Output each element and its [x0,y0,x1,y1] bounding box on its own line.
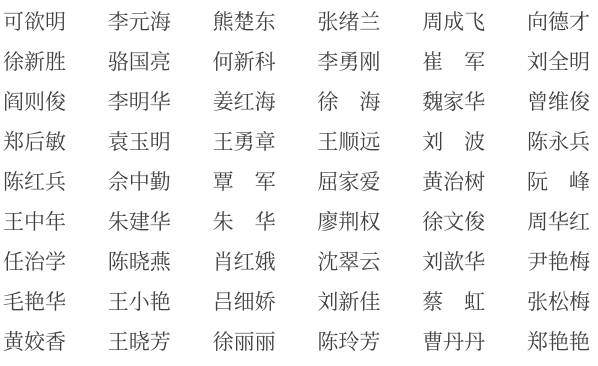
name-item: 王小艳 [108,292,172,313]
name-item: 朱建华 [108,212,172,233]
name-item: 王中年 [3,212,67,233]
name-item: 李明华 [108,92,172,113]
name-item: 朱 华 [213,212,277,233]
name-item: 覃 军 [213,172,277,193]
name-item: 王勇章 [213,132,277,153]
name-item: 蔡 虹 [422,292,486,313]
name-item: 郑后敏 [3,132,67,153]
name-item: 曹丹丹 [422,332,486,353]
name-item: 袁玉明 [108,132,172,153]
name-item: 陈玲芳 [317,332,381,353]
name-item: 周成飞 [422,12,486,33]
name-item: 屈家爱 [317,172,381,193]
name-item: 姜红海 [213,92,277,113]
name-item: 熊楚东 [213,12,277,33]
name-item: 可欲明 [3,12,67,33]
name-item: 廖荆权 [317,212,381,233]
name-item: 王顺远 [317,132,381,153]
name-item: 向德才 [527,12,591,33]
name-item: 何新科 [213,52,277,73]
name-item: 佘中勤 [108,172,172,193]
name-item: 刘 波 [422,132,486,153]
name-item: 徐 海 [317,92,381,113]
name-item: 黄治树 [422,172,486,193]
name-item: 刘歆华 [422,252,486,273]
name-item: 阮 峰 [527,172,591,193]
name-item: 毛艳华 [3,292,67,313]
document-page: 可欲明李元海熊楚东张绪兰周成飞向德才徐新胜骆国亮何新科李勇刚崔 军刘全明阎则俊李… [0,0,598,366]
name-item: 骆国亮 [108,52,172,73]
name-item: 徐丽丽 [213,332,277,353]
name-item: 徐新胜 [3,52,67,73]
name-item: 郑艳艳 [527,332,591,353]
name-item: 尹艳梅 [527,252,591,273]
name-item: 李元海 [108,12,172,33]
name-item: 阎则俊 [3,92,67,113]
name-item: 陈红兵 [3,172,67,193]
name-item: 曾维俊 [527,92,591,113]
name-item: 张绪兰 [317,12,381,33]
name-item: 王晓芳 [108,332,172,353]
name-item: 崔 军 [422,52,486,73]
name-item: 刘全明 [527,52,591,73]
name-item: 吕细娇 [213,292,277,313]
name-item: 陈晓燕 [108,252,172,273]
name-item: 李勇刚 [317,52,381,73]
name-item: 魏家华 [422,92,486,113]
name-item: 徐文俊 [422,212,486,233]
name-item: 周华红 [527,212,591,233]
name-item: 肖红娥 [213,252,277,273]
name-item: 张松梅 [527,292,591,313]
name-item: 陈永兵 [527,132,591,153]
name-item: 黄姣香 [3,332,67,353]
name-item: 沈翠云 [317,252,381,273]
name-item: 任治学 [3,252,67,273]
name-item: 刘新佳 [317,292,381,313]
name-roster: 可欲明李元海熊楚东张绪兰周成飞向德才徐新胜骆国亮何新科李勇刚崔 军刘全明阎则俊李… [0,0,598,366]
